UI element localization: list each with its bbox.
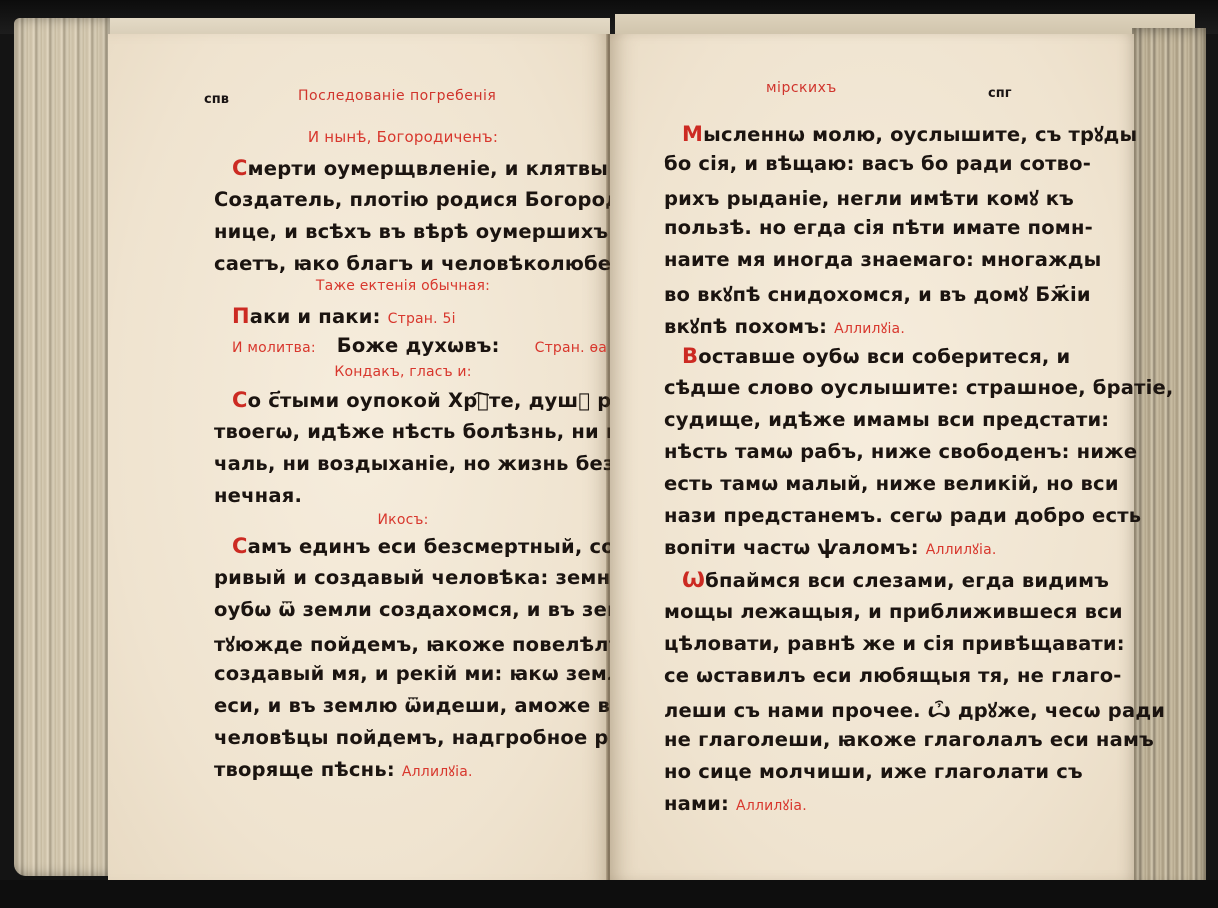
right-folio: спг (988, 86, 1011, 101)
text-line: чаль, ни воздыханіе, но жизнь безко- (214, 452, 650, 475)
text-line: судище, идѣже имамы вси предстати: (664, 408, 1109, 431)
text-line: нази предстанемъ. сегѡ ради добро есть (664, 504, 1141, 527)
text-line: Мысленнѡ молю, оуслышите, съ трꙋды (682, 120, 1137, 147)
text-line: Со с҃тыми оупокой Хрⷭ҇те, душꙋ раба (232, 388, 652, 412)
text-line: нами: Аллилꙋіа. (664, 792, 807, 815)
left-page-edges (14, 18, 110, 876)
text-line: нечная. (214, 484, 302, 507)
text-line: мощы лежащыя, и приближившеся вси (664, 600, 1123, 623)
text-line: леши съ нами прочее. ѽ дрꙋже, чесѡ ради (664, 696, 1165, 723)
text-line: Ѡбпаймся вси слезами, егда видимъ (682, 568, 1109, 592)
right-page: мірскихъ спг Мысленнѡ молю, оуслышите, с… (610, 34, 1134, 880)
text-line: цѣловати, равнѣ же и сія привѣщавати: (664, 632, 1125, 655)
text-line: сѣдше слово оуслышите: страшное, братіе, (664, 376, 1174, 399)
text-line: еси, и въ землю ѿидеши, аможе вси (214, 694, 636, 717)
text-line: оубѡ ѿ земли создахомся, и въ землю (214, 598, 657, 621)
text-line: но сице молчиши, иже глаголати съ (664, 760, 1083, 783)
text-line: бо сія, и вѣщаю: васъ бо ради сотво- (664, 152, 1091, 175)
text-line: Самъ единъ еси безсмертный, сотво- (232, 534, 661, 558)
text-line: се ѡставилъ еси любящыя тя, не глаго- (664, 664, 1122, 687)
text-line: творяще пѣснь: Аллилꙋіа. (214, 758, 473, 781)
text-line: вопіти частѡ ѱаломъ: Аллилꙋіа. (664, 536, 997, 559)
right-running-head: мірскихъ (766, 80, 837, 96)
text-line: во вкꙋпѣ снидохомся, и въ домꙋ Бж҃іи (664, 280, 1091, 307)
text-line: создавый мя, и рекій ми: ꙗкѡ земля (214, 662, 634, 685)
background-bottom (0, 880, 1218, 908)
text-line: Воставше оубѡ вси соберитеся, и (682, 344, 1070, 368)
text-line: нѣсть тамѡ рабъ, ниже свободенъ: ниже (664, 440, 1137, 463)
text-line: не глаголеши, ꙗкоже глаголалъ еси намъ (664, 728, 1154, 751)
text-line: твоегѡ, идѣже нѣсть болѣзнь, ни пе- (214, 420, 641, 443)
left-folio: спв (204, 92, 229, 107)
text-line: нице, и всѣхъ въ вѣрѣ оумершихъ спа- (214, 220, 662, 243)
rubric-line: Кондакъ, гласъ и: (208, 364, 598, 380)
text-line: рихъ рыданіе, негли имѣти комꙋ къ (664, 184, 1074, 211)
left-page: спв Последованіе погребенія И нынѣ, Бого… (108, 34, 610, 884)
rubric-line: И нынѣ, Богородиченъ: (208, 128, 598, 146)
rubric-line: Икосъ: (208, 512, 598, 528)
text-line: есть тамѡ малый, ниже великій, но вси (664, 472, 1119, 495)
text-line: И молитва: Боже духѡвъ: Стран. ѳа (232, 334, 607, 357)
text-line: ривый и создавый человѣка: земніи (214, 566, 631, 589)
left-running-head: Последованіе погребенія (298, 88, 496, 104)
text-line: пользѣ. но егда сія пѣти имате помн- (664, 216, 1093, 239)
text-line: саетъ, ꙗко благъ и человѣколюбецъ. (214, 252, 648, 275)
text-line: Паки и паки: Стран. 5і (232, 304, 456, 328)
right-page-edges (1132, 28, 1206, 890)
rubric-line: Таже ектенія обычная: (208, 278, 598, 294)
text-line: вкꙋпѣ похомъ: Аллилꙋіа. (664, 312, 905, 339)
text-line: тꙋюжде пойдемъ, ꙗкоже повелѣлъ еси (214, 630, 670, 657)
open-book: спв Последованіе погребенія И нынѣ, Бого… (0, 0, 1218, 908)
text-line: наите мя иногда знаемаго: многажды (664, 248, 1101, 271)
